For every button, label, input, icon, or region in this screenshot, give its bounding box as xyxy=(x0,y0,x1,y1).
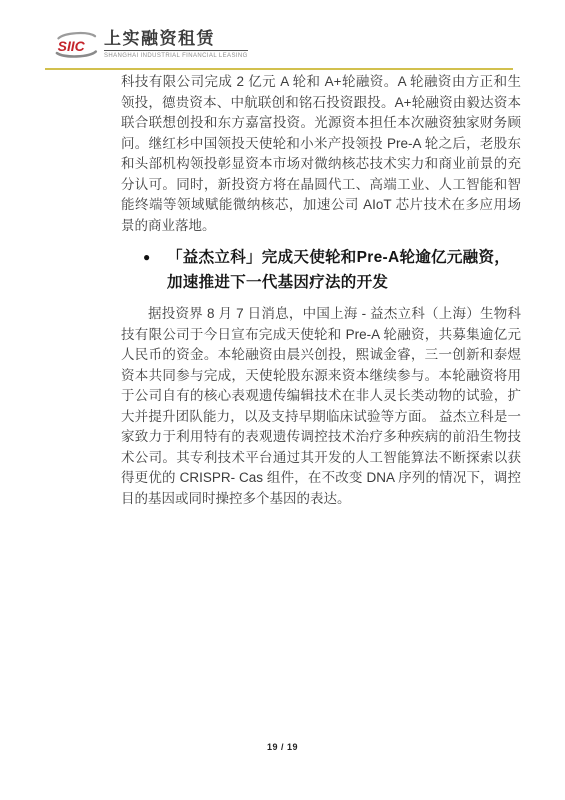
company-logo: SIIC 上实融资租赁 SHANGHAI INDUSTRIAL FINANCIA… xyxy=(54,29,248,59)
paragraph-continuation: 科技有限公司完成 2 亿元 A 轮和 A+轮融资。A 轮融资由方正和生领投，德贵… xyxy=(121,72,521,236)
article-content: 科技有限公司完成 2 亿元 A 轮和 A+轮融资。A 轮融资由方正和生领投，德贵… xyxy=(121,72,521,509)
company-name: 上实融资租赁 xyxy=(104,29,248,51)
bullet-icon: ● xyxy=(143,245,167,270)
header-divider xyxy=(45,68,513,70)
news-body-paragraph: 据投资界 8 月 7 日消息，中国上海 - 益杰立科（上海）生物科技有限公司于今… xyxy=(121,304,521,509)
news-heading: 「益杰立科」完成天使轮和Pre-A轮逾亿元融资，加速推进下一代基因疗法的开发 xyxy=(167,245,521,295)
siic-logo-icon: SIIC xyxy=(54,31,98,59)
logo-text-block: 上实融资租赁 SHANGHAI INDUSTRIAL FINANCIAL LEA… xyxy=(104,29,248,59)
page-number: 19 / 19 xyxy=(0,742,565,752)
news-heading-row: ● 「益杰立科」完成天使轮和Pre-A轮逾亿元融资，加速推进下一代基因疗法的开发 xyxy=(121,245,521,295)
siic-logo-text: SIIC xyxy=(58,38,86,54)
company-tagline: SHANGHAI INDUSTRIAL FINANCIAL LEASING xyxy=(104,53,248,59)
document-page: SIIC 上实融资租赁 SHANGHAI INDUSTRIAL FINANCIA… xyxy=(0,0,565,800)
